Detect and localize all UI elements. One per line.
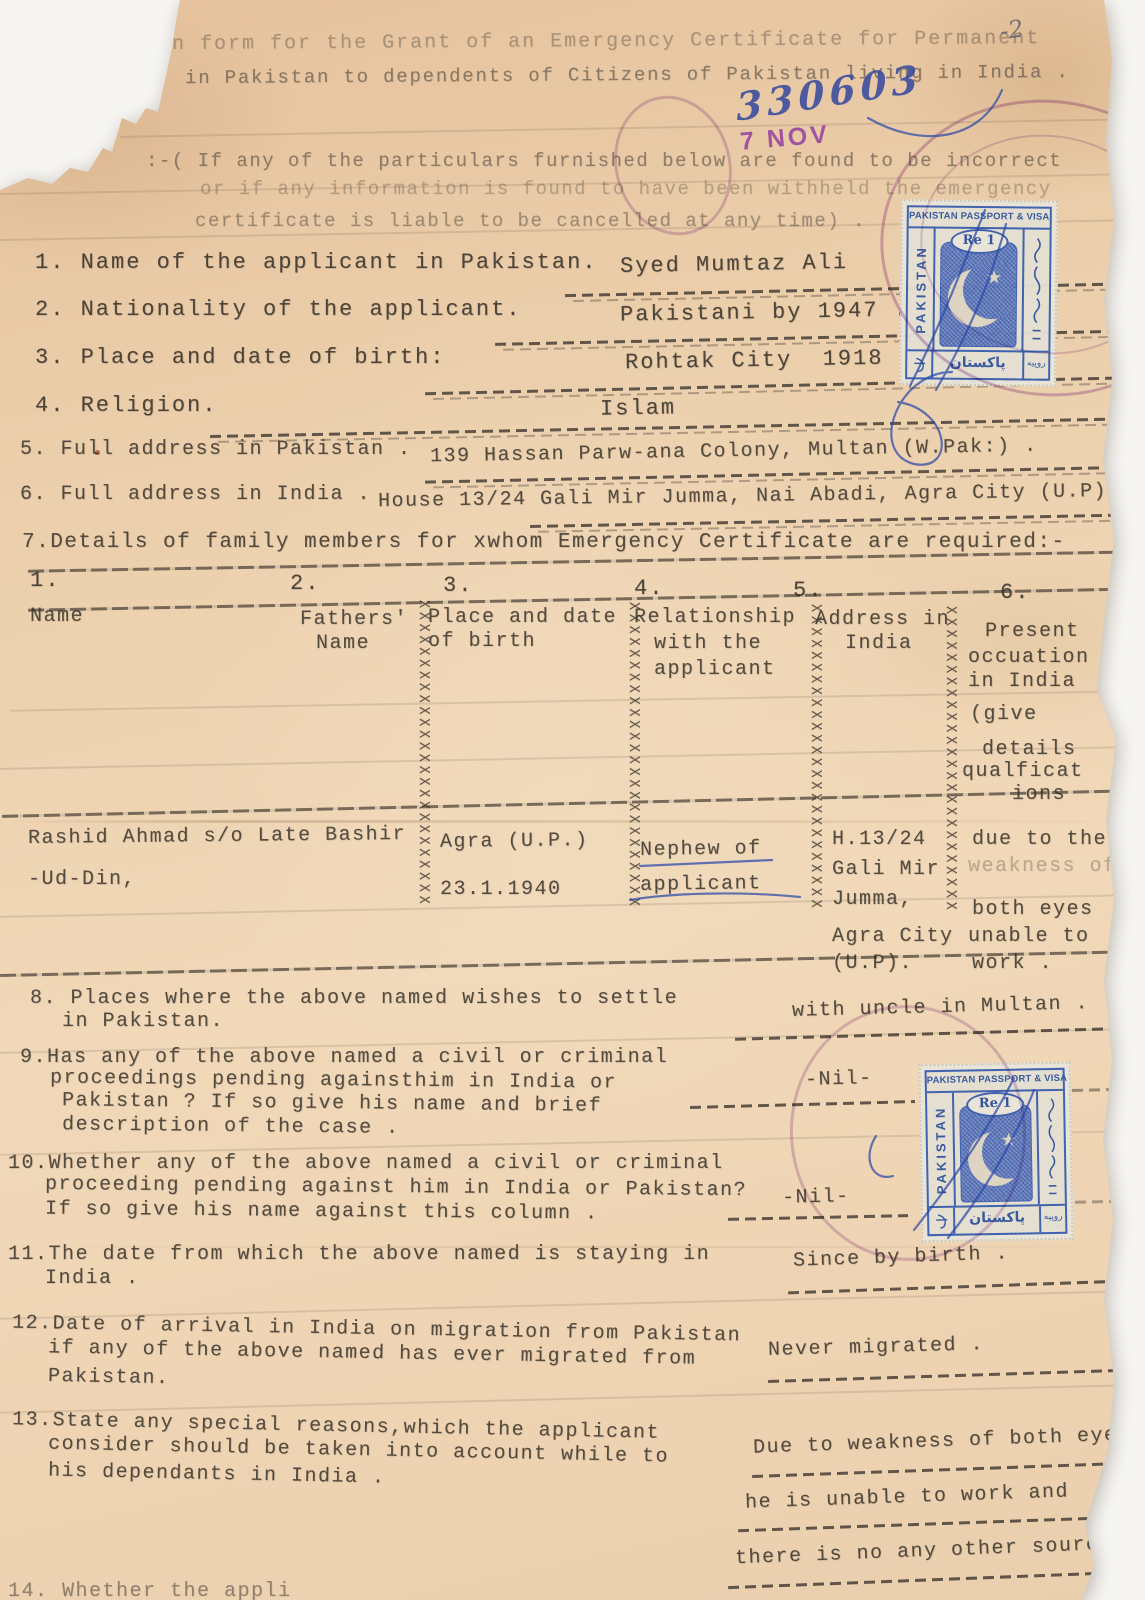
- document-paper: n form for the Grant of an Emergency Cer…: [0, 0, 1145, 1600]
- answer-line-13a: [752, 1461, 1145, 1477]
- row-occupation-4: unable to: [968, 925, 1090, 948]
- item-4-answer: Islam: [600, 395, 676, 421]
- item-3-label: 3. Place and date of birth:: [35, 345, 445, 370]
- header-birth-2: of birth: [428, 630, 536, 653]
- header-occ-4: (give: [970, 703, 1038, 726]
- item-5-answer: 139 Hassan Parw-ana Colony, Multan (W.Pa…: [430, 435, 1038, 469]
- item-3-answer: Rohtak City 1918: [625, 346, 884, 376]
- column-divider: XXXXXXXXXXXXXXXXXXXXXXXXXX: [806, 604, 823, 962]
- scanned-document: n form for the Grant of an Emergency Cer…: [0, 0, 1145, 1600]
- item-11-line1: 11.The date from which the above named i…: [8, 1243, 710, 1266]
- taka-script-icon: [912, 356, 926, 372]
- header-father-2: Name: [316, 632, 370, 655]
- item-2-answer: Pakistani by 1947 .: [620, 297, 909, 327]
- form-title-line2: in Pakistan to dependents of Citizens of…: [185, 61, 1070, 89]
- header-rel-3: applicant: [654, 658, 776, 681]
- item-11-line2: India .: [45, 1267, 140, 1290]
- header-occ-2: occuation: [968, 646, 1090, 669]
- header-rel-2: with the: [654, 632, 762, 655]
- item-2-label: 2. Nationality of the applicant.: [35, 297, 521, 322]
- item-6-label: 6. Full address in India .: [20, 483, 371, 506]
- row-address-2: Gali Mir: [832, 858, 940, 881]
- row-relationship-2: applicant: [640, 872, 762, 897]
- item-12-line3: Pakistan.: [48, 1365, 170, 1390]
- answer-line-6: [530, 513, 1145, 527]
- faint-rule: [0, 746, 1130, 769]
- row-address-1: H.13/24: [832, 828, 927, 851]
- answer-line-12: [768, 1368, 1145, 1382]
- header-occ-6: qualficat: [962, 760, 1084, 783]
- item-1-label: 1. Name of the applicant in Pakistan.: [35, 250, 597, 275]
- row-name-1: Rashid Ahmad s/o Late Bashir: [28, 823, 406, 850]
- col-number-5: 5.: [793, 578, 823, 603]
- item-10-line1: 10.Whether any of the above named a civi…: [8, 1152, 724, 1175]
- column-divider: XXXXXXXXXXXXXXXXXXXXXXXXXX: [941, 606, 958, 962]
- item-8-line2: in Pakistan.: [62, 1010, 224, 1033]
- header-birth-1: Place and date: [428, 606, 617, 629]
- col-number-2: 2.: [290, 571, 320, 596]
- header-addr-1: Address in: [815, 608, 950, 631]
- item-9-line4: description of the case .: [62, 1113, 400, 1140]
- header-rel-1: Relationship: [634, 606, 796, 629]
- row-address-3: Jumma,: [832, 888, 913, 911]
- item-12-answer: Never migrated .: [768, 1333, 985, 1362]
- row-occupation-1: due to the: [972, 828, 1107, 851]
- row-name-2: -Ud-Din,: [28, 868, 136, 891]
- item-1-answer: Syed Mumtaz Ali: [620, 250, 848, 279]
- item-8-line1: 8. Places where the above named wishes t…: [30, 987, 678, 1010]
- column-divider: XXXXXXXXXXXXXXXXXXXXXXXXXX: [414, 600, 431, 962]
- header-occ-1: Present: [985, 620, 1080, 643]
- item-9-line1: 9.Has any of the above named a civil or …: [20, 1046, 668, 1069]
- col-number-3: 3.: [443, 573, 473, 598]
- item-5-label: 5. Full address in Pakistan .: [20, 438, 412, 461]
- answer-line-9b: [1072, 1087, 1145, 1092]
- bengali-script-icon: [1043, 1094, 1061, 1200]
- stamp-rupee-label: روپيه: [1039, 1206, 1065, 1232]
- row-birth-date: 23.1.1940: [440, 878, 562, 901]
- item-13-answer-1: Due to weakness of both eyes: [753, 1423, 1132, 1459]
- item-13-line3: his dependants in India .: [48, 1459, 386, 1489]
- item-4-label: 4. Religion.: [35, 393, 217, 418]
- note-line3: certificate is liable to be cancelled at…: [195, 210, 866, 232]
- header-addr-2: India: [845, 632, 913, 655]
- row-occupation-2: weakness of: [968, 855, 1117, 878]
- faint-rule: [0, 894, 1130, 917]
- answer-line-13b: [738, 1515, 1145, 1532]
- row-relationship-1: Nephew of: [640, 837, 762, 862]
- row-birth-place: Agra (U.P.): [440, 829, 589, 854]
- item-14-line1: 14. Whether the appli: [8, 1580, 292, 1600]
- form-title-line1: n form for the Grant of an Emergency Cer…: [172, 27, 1040, 56]
- item-10-line3: If so give his name against this column …: [45, 1198, 599, 1226]
- table-rule-header-bottom: [2, 789, 1142, 818]
- col-number-1: 1.: [30, 568, 60, 593]
- row-occupation-3: both eyes: [972, 898, 1094, 921]
- item-7-label: 7.Details of family members for xwhom Em…: [22, 531, 1066, 554]
- faint-rule: [10, 690, 1130, 711]
- answer-line-13c: [728, 1570, 1145, 1589]
- fold-crease: [0, 820, 1145, 823]
- header-occ-5: details: [982, 738, 1077, 761]
- header-father-1: Fathers': [300, 608, 408, 631]
- answer-line-10b: [1075, 1199, 1145, 1203]
- item-13-answer-3: there is no any other source: [735, 1533, 1114, 1570]
- row-address-4: Agra City: [832, 925, 954, 948]
- header-name: Name: [30, 605, 84, 628]
- handwritten-page-number: -2: [998, 15, 1025, 46]
- column-divider: XXXXXXXXXXXXXXXXXXXXXXXXXX: [624, 602, 641, 962]
- item-13-answer-2: he is unable to work and: [745, 1480, 1070, 1514]
- header-occ-3: in India: [968, 670, 1076, 693]
